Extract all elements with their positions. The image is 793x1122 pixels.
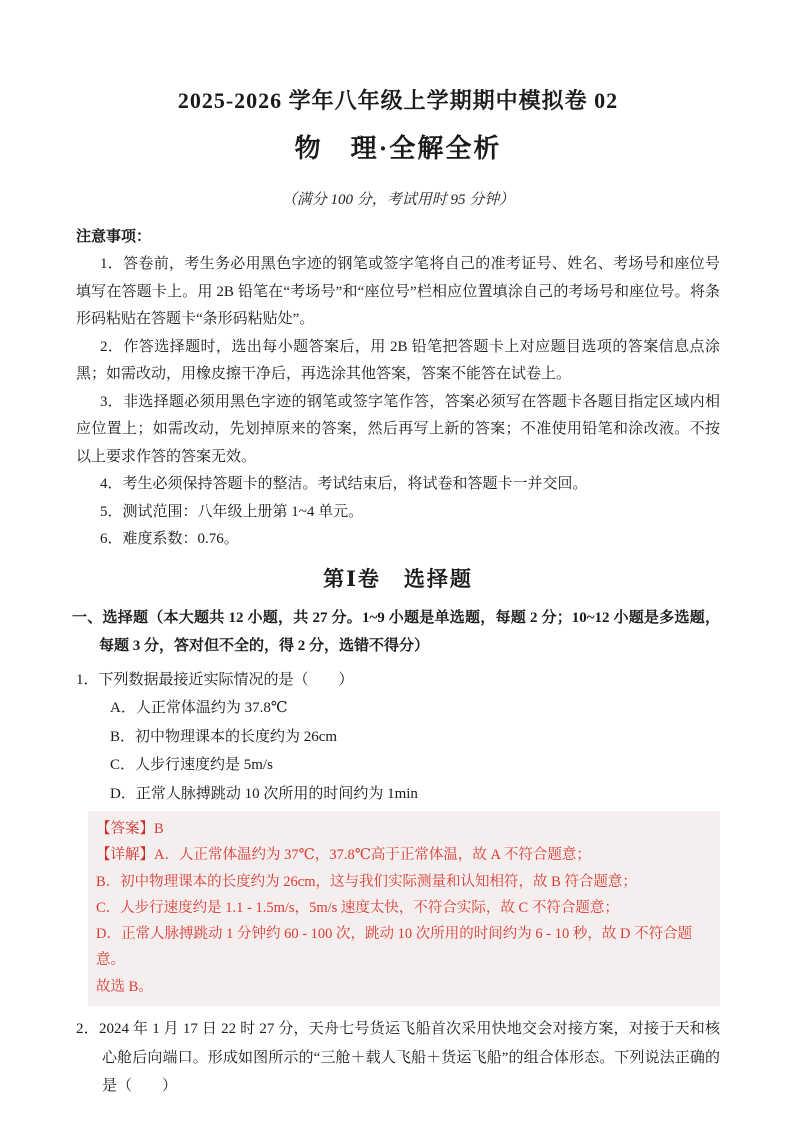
- question-1-option-d: D．正常人脉搏跳动 10 次所用的时间约为 1min: [110, 780, 720, 809]
- exam-subtitle: 物 理·全解全析: [76, 132, 720, 166]
- notice-item-2: 2．作答选择题时，选出每小题答案后，用 2B 铅笔把答题卡上对应题目选项的答案信…: [76, 334, 720, 389]
- notice-item-3: 3．非选择题必须用黑色字迹的钢笔或签字笔作答，答案必须写在答题卡各题目指定区域内…: [76, 389, 720, 472]
- question-1-answer-box: 【答案】B 【详解】A．人正常体温约为 37℃，37.8℃高于正常体温，故 A …: [88, 811, 720, 1006]
- answer-label: 【答案】: [96, 821, 154, 837]
- question-1-stem: 1．下列数据最接近实际情况的是（ ）: [76, 666, 720, 695]
- question-2-text: 2024 年 1 月 17 日 22 时 27 分，天舟七号货运飞船首次采用快地…: [99, 1021, 720, 1094]
- question-1-option-b: B．初中物理课本的长度约为 26cm: [110, 723, 720, 752]
- question-1-text: 下列数据最接近实际情况的是（ ）: [99, 672, 354, 688]
- analysis-line-c: C．人步行速度约是 1.1 - 1.5m/s，5m/s 速度太快，不符合实际，故…: [96, 895, 710, 921]
- analysis-line-d: D．正常人脉搏跳动 1 分钟约 60 - 100 次，跳动 10 次所用的时间约…: [96, 921, 710, 974]
- question-1-number: 1．: [76, 672, 99, 688]
- exam-title: 2025-2026 学年八年级上学期期中模拟卷 02: [76, 86, 720, 116]
- analysis-conclusion: 故选 B。: [96, 974, 710, 1000]
- notice-item-6: 6．难度系数：0.76。: [76, 526, 720, 554]
- notice-heading: 注意事项：: [76, 224, 720, 251]
- analysis-text-a: A．人正常体温约为 37℃，37.8℃高于正常体温，故 A 不符合题意；: [154, 847, 591, 863]
- question-1: 1．下列数据最接近实际情况的是（ ） A．人正常体温约为 37.8℃ B．初中物…: [76, 666, 720, 1007]
- question-2-stem: 2．2024 年 1 月 17 日 22 时 27 分，天舟七号货运飞船首次采用…: [76, 1015, 720, 1101]
- notice-item-1: 1．答卷前，考生务必用黑色字迹的钢笔或签字笔将自己的准考证号、姓名、考场号和座位…: [76, 251, 720, 334]
- answer-value: B: [154, 821, 164, 837]
- question-1-option-a: A．人正常体温约为 37.8℃: [110, 694, 720, 723]
- question-2-number: 2．: [76, 1021, 99, 1037]
- exam-page: 2025-2026 学年八年级上学期期中模拟卷 02 物 理·全解全析 （满分 …: [0, 0, 793, 1122]
- analysis-label: 【详解】: [96, 847, 154, 863]
- exam-info-line: （满分 100 分，考试用时 95 分钟）: [76, 190, 720, 210]
- section-1-title: 第Ⅰ卷 选择题: [76, 564, 720, 594]
- question-1-option-c: C．人步行速度约是 5m/s: [110, 751, 720, 780]
- question-2: 2．2024 年 1 月 17 日 22 时 27 分，天舟七号货运飞船首次采用…: [76, 1015, 720, 1101]
- analysis-line-b: B．初中物理课本的长度约为 26cm，这与我们实际测量和认知相符，故 B 符合题…: [96, 869, 710, 895]
- answer-line: 【答案】B: [96, 816, 710, 842]
- analysis-line-a: 【详解】A．人正常体温约为 37℃，37.8℃高于正常体温，故 A 不符合题意；: [96, 842, 710, 868]
- section-1-intro: 一、选择题（本大题共 12 小题，共 27 分。1~9 小题是单选题，每题 2 …: [72, 604, 720, 661]
- notice-item-4: 4．考生必须保持答题卡的整洁。考试结束后，将试卷和答题卡一并交回。: [76, 471, 720, 499]
- notice-item-5: 5．测试范围：八年级上册第 1~4 单元。: [76, 499, 720, 527]
